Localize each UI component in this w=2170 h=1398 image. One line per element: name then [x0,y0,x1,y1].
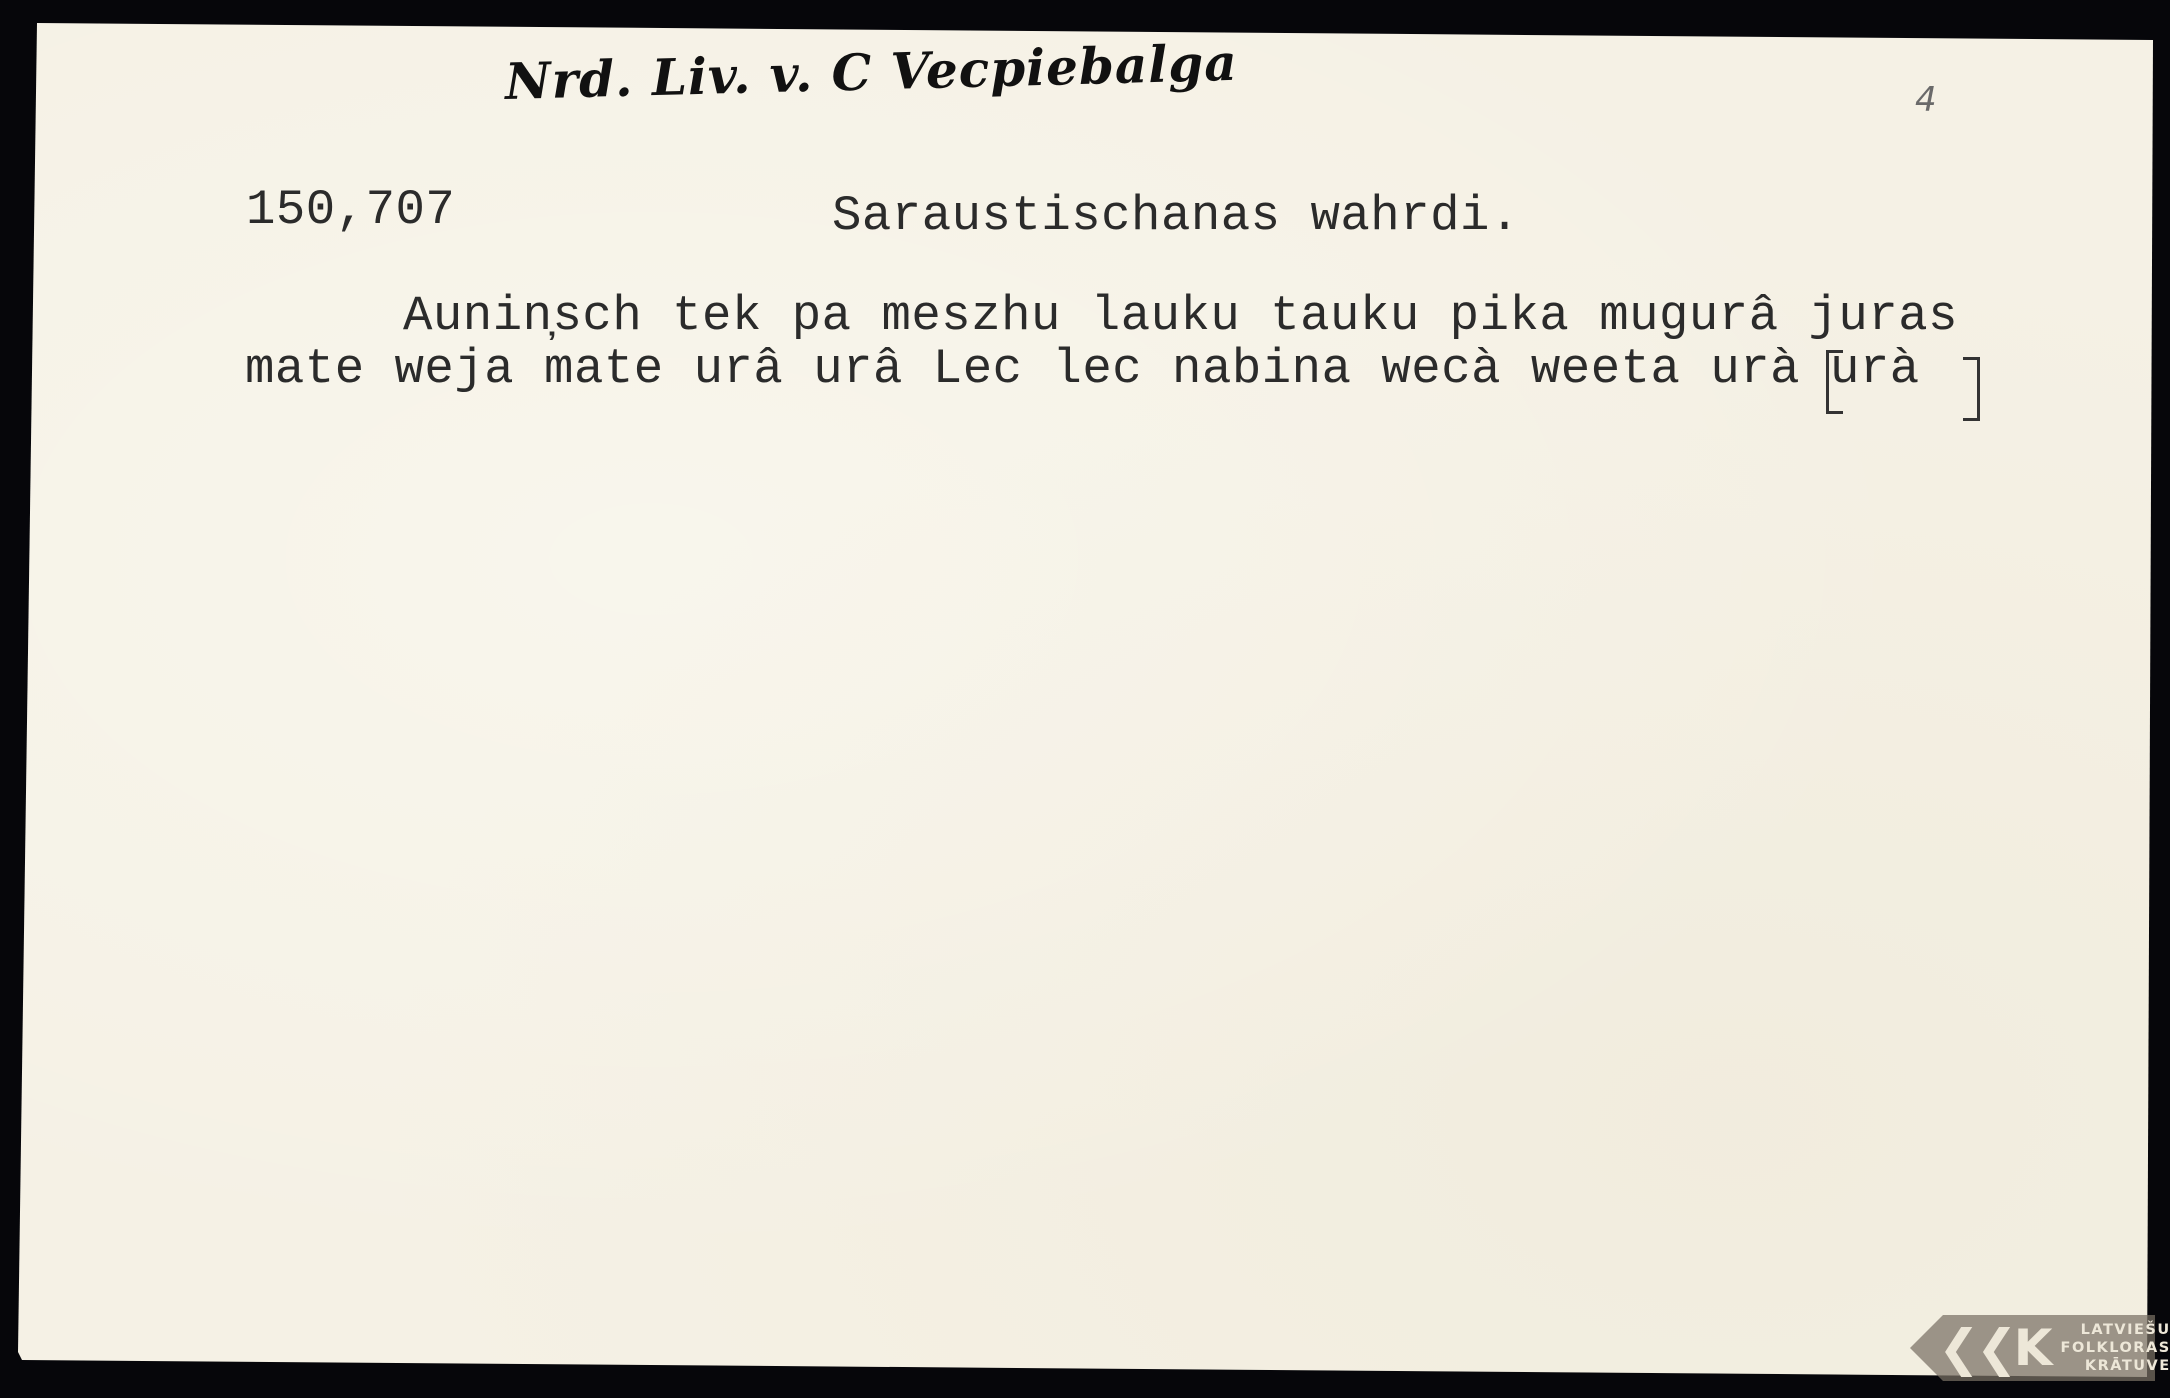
logo-line-1: LATVIEŠU [2081,1321,2170,1339]
bracket-open-mark [1826,350,1843,414]
folklore-archive-logo: ❮❮K LATVIEŠU FOLKLORAS KRĀTUVE [1910,1315,2155,1381]
bracket-close-mark [1963,357,1980,421]
body-text-line-1: Aunin̦sch tek pa meszhu lauku tauku pika… [403,292,1958,341]
catalog-number: 150,707 [246,186,455,235]
document-title: Saraustischanas wahrdi. [832,192,1520,241]
page-number: 4 [1915,80,1937,120]
logo-line-2: FOLKLORAS [2061,1339,2170,1357]
chevrons-k-icon: ❮❮K [1938,1323,2049,1373]
logo-line-3: KRĀTUVE [2085,1357,2170,1375]
logo-text: LATVIEŠU FOLKLORAS KRĀTUVE [2061,1321,2170,1375]
body-text-line-2: mate weja mate urâ urâ Lec lec nabina we… [245,345,1920,394]
